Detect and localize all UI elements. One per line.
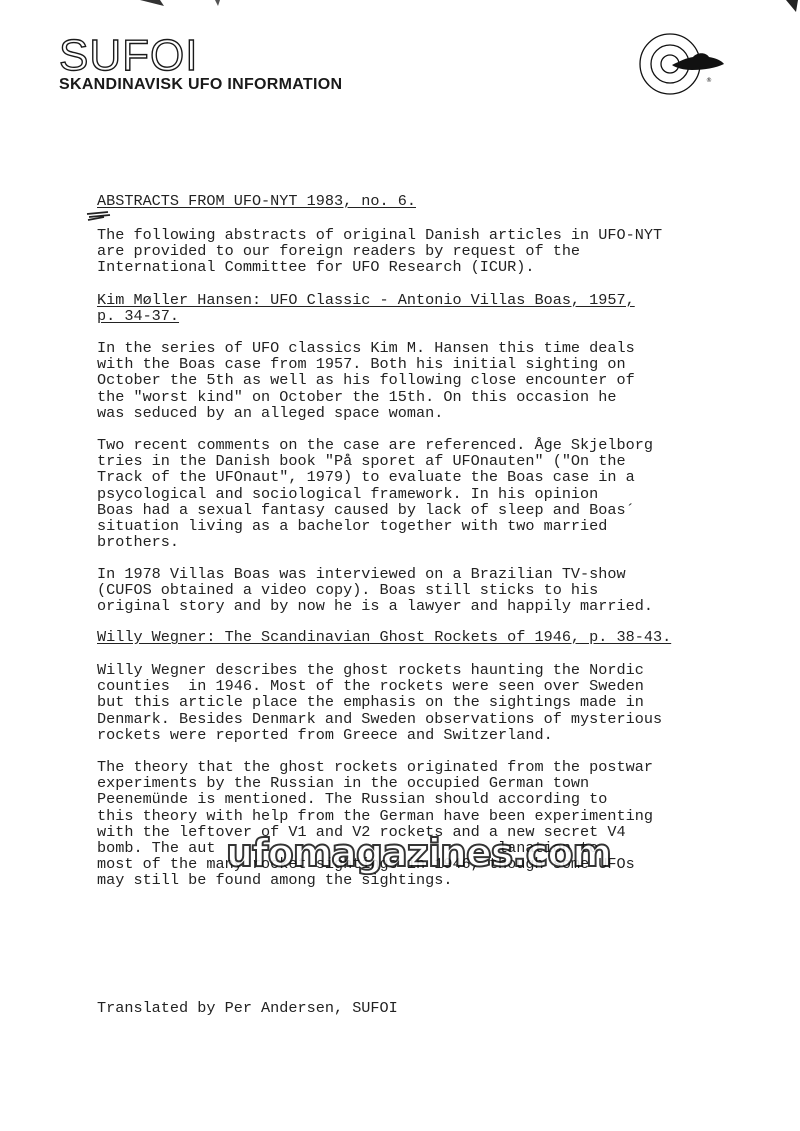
pen-mark bbox=[86, 211, 112, 221]
scan-artifact bbox=[782, 0, 800, 14]
site-watermark: ufomagazines.com bbox=[226, 831, 611, 875]
article-paragraph: Willy Wegner describes the ghost rockets… bbox=[97, 662, 662, 743]
article-heading: Kim Møller Hansen: UFO Classic - Antonio… bbox=[97, 292, 635, 324]
svg-text:®: ® bbox=[706, 77, 712, 84]
scan-artifact bbox=[120, 0, 230, 12]
intro-paragraph: The following abstracts of original Dani… bbox=[97, 227, 662, 276]
document-title: ABSTRACTS FROM UFO-NYT 1983, no. 6. bbox=[97, 193, 416, 209]
article-paragraph: Two recent comments on the case are refe… bbox=[97, 437, 653, 550]
logo-subtitle: SKANDINAVISK UFO INFORMATION bbox=[59, 76, 342, 94]
article-paragraph: In the series of UFO classics Kim M. Han… bbox=[97, 340, 635, 421]
translator-credit: Translated by Per Andersen, SUFOI bbox=[97, 1000, 398, 1016]
logo-wordmark: SUFOI bbox=[59, 36, 342, 76]
concentric-circles-ufo-icon: ® bbox=[636, 30, 726, 100]
article-heading: Willy Wegner: The Scandinavian Ghost Roc… bbox=[97, 629, 671, 645]
article-paragraph: In 1978 Villas Boas was interviewed on a… bbox=[97, 566, 653, 615]
sufoi-logo: SUFOI SKANDINAVISK UFO INFORMATION bbox=[59, 36, 342, 94]
